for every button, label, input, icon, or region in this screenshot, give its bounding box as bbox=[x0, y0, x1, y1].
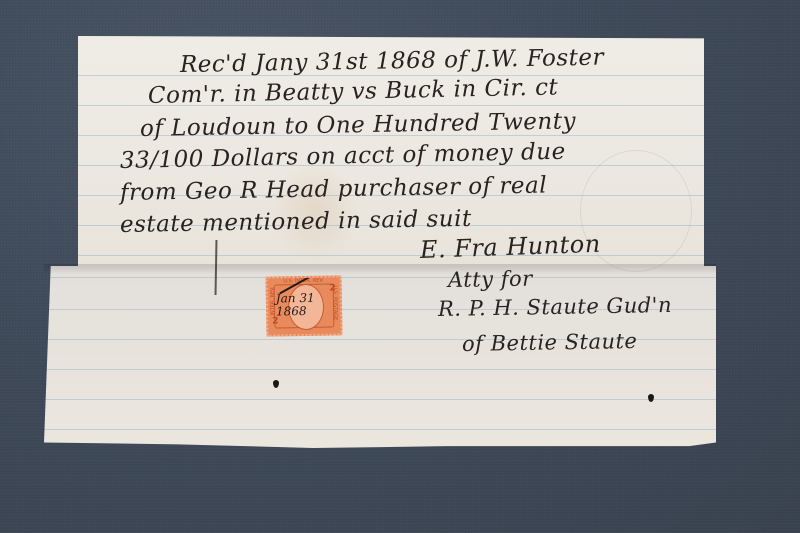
stamp-cancellation-date: Jan 31 1868 bbox=[276, 292, 315, 319]
stamp-denomination-right: 2 bbox=[329, 283, 335, 293]
document-photo: Rec'd Jany 31st 1868 of J.W. Foster Com'… bbox=[0, 0, 800, 533]
signature-client: R. P. H. Staute Gud'n bbox=[438, 293, 672, 321]
revenue-stamp: U.S. INTER. REV. INTER. REV. U.S. POSTAG… bbox=[265, 275, 342, 336]
signature-title: Atty for bbox=[448, 267, 533, 292]
signature-ward: of Bettie Staute bbox=[462, 329, 638, 356]
